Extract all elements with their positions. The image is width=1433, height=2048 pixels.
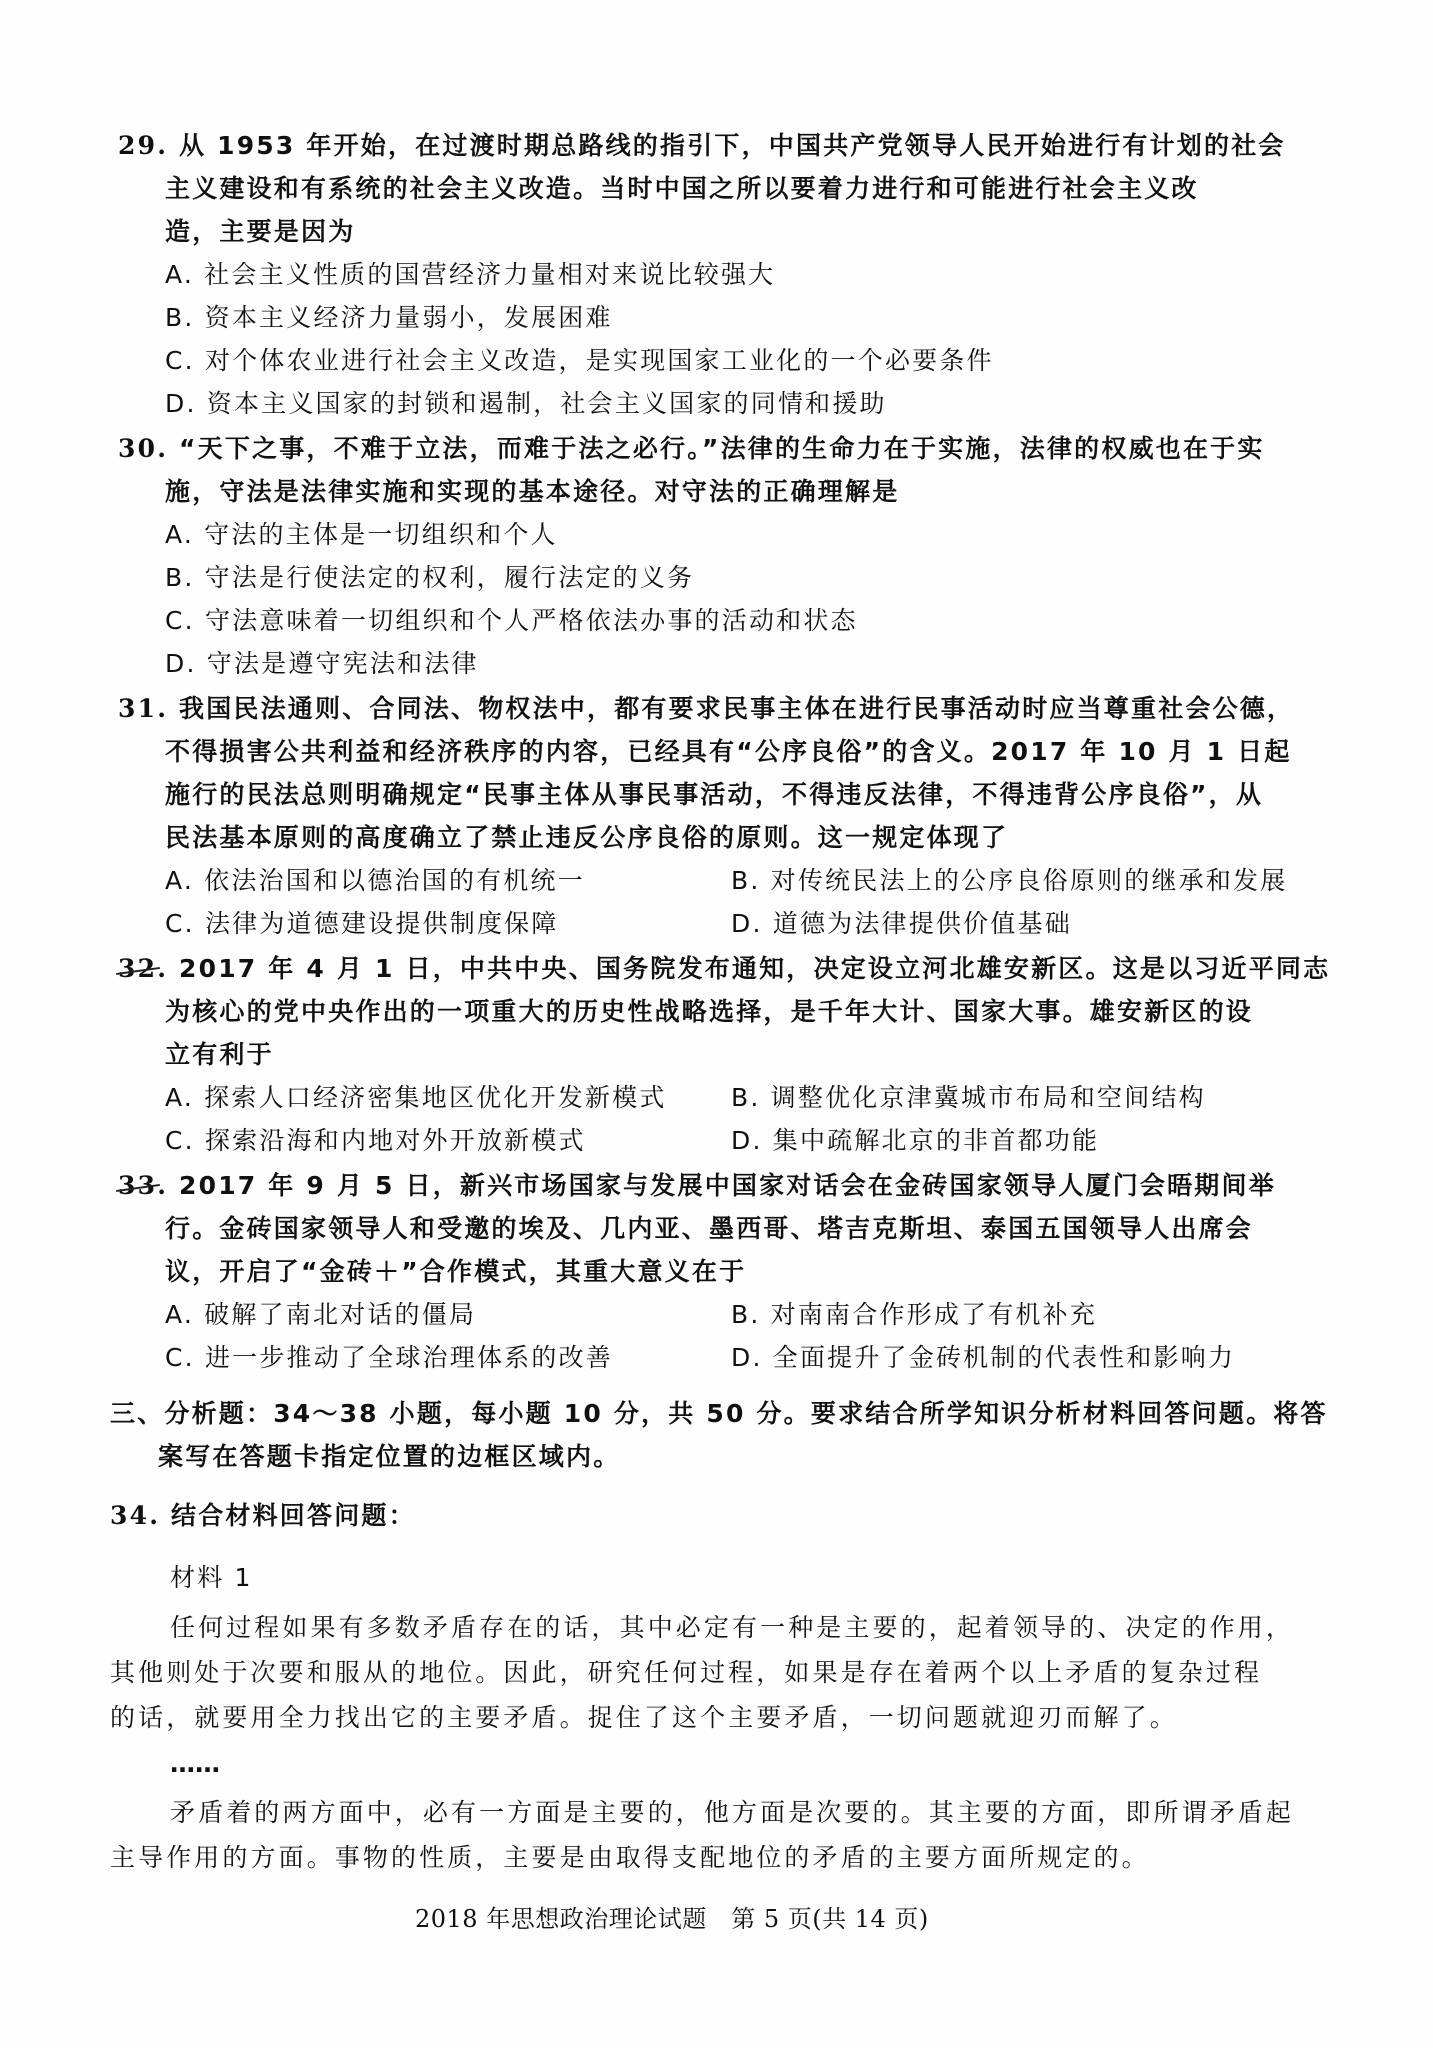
- question-number: 31.: [118, 694, 168, 723]
- question-32-line-3: 立有利于: [165, 1039, 274, 1071]
- question-33-line-3: 议，开启了“金砖＋”合作模式，其重大意义在于: [165, 1256, 746, 1288]
- question-29-line-1: 29. 从 1953 年开始，在过渡时期总路线的指引下，中国共产党领导人民开始进…: [118, 130, 1286, 162]
- question-32-option-a: A. 探索人口经济密集地区优化开发新模式: [165, 1082, 667, 1114]
- question-29-line-2: 主义建设和有系统的社会主义改造。当时中国之所以要着力进行和可能进行社会主义改: [165, 173, 1199, 205]
- question-29-line-3: 造，主要是因为: [165, 216, 355, 248]
- question-number: 34.: [110, 1501, 160, 1530]
- question-33-option-d: D. 全面提升了金砖机制的代表性和影响力: [731, 1342, 1235, 1374]
- question-30-option-d: D. 守法是遵守宪法和法律: [165, 648, 479, 680]
- question-number: 29.: [118, 131, 168, 160]
- question-31-line-2: 不得损害公共利益和经济秩序的内容，已经具有“公序良俗”的含义。2017 年 10…: [165, 736, 1292, 768]
- question-34-prompt: 34. 结合材料回答问题：: [110, 1500, 416, 1532]
- material-1-para-1-line-2: 其他则处于次要和服从的地位。因此，研究任何过程，如果是存在着两个以上矛盾的复杂过…: [110, 1657, 1262, 1689]
- page-footer: 2018 年思想政治理论试题 第 5 页(共 14 页): [415, 1903, 929, 1935]
- material-1-para-1-line-3: 的话，就要用全力找出它的主要矛盾。捉住了这个主要矛盾，一切问题就迎刃而解了。: [110, 1702, 1178, 1734]
- question-29-option-d: D. 资本主义国家的封锁和遏制，社会主义国家的同情和援助: [165, 388, 887, 420]
- question-31-option-a: A. 依法治国和以德治国的有机统一: [165, 865, 585, 897]
- question-30-option-c: C. 守法意味着一切组织和个人严格依法办事的活动和状态: [165, 605, 858, 637]
- question-32-option-c: C. 探索沿海和内地对外开放新模式: [165, 1125, 586, 1157]
- material-1-para-2-line-2: 主导作用的方面。事物的性质，主要是由取得支配地位的矛盾的主要方面所规定的。: [110, 1842, 1150, 1874]
- question-31-option-c: C. 法律为道德建设提供制度保障: [165, 908, 559, 940]
- question-31-line-4: 民法基本原则的高度确立了禁止违反公序良俗的原则。这一规定体现了: [165, 822, 1008, 854]
- exam-page: 29. 从 1953 年开始，在过渡时期总路线的指引下，中国共产党领导人民开始进…: [0, 0, 1433, 2048]
- question-30-option-a: A. 守法的主体是一切组织和个人: [165, 519, 558, 551]
- question-33-option-c: C. 进一步推动了全球治理体系的改善: [165, 1342, 613, 1374]
- question-33-line-1: 33. 2017 年 9 月 5 日，新兴市场国家与发展中国家对话会在金砖国家领…: [118, 1170, 1276, 1202]
- question-32-line-2: 为核心的党中央作出的一项重大的历史性战略选择，是千年大计、国家大事。雄安新区的设: [165, 996, 1253, 1028]
- material-1-title: 材料 1: [170, 1562, 253, 1594]
- question-32-option-b: B. 调整优化京津冀城市布局和空间结构: [731, 1082, 1206, 1114]
- ellipsis: ……: [170, 1748, 220, 1780]
- section-3-heading-line-2: 案写在答题卡指定位置的边框区域内。: [158, 1441, 620, 1473]
- question-32-option-d: D. 集中疏解北京的非首都功能: [731, 1125, 1099, 1157]
- question-31-line-3: 施行的民法总则明确规定“民事主体从事民事活动，不得违反法律，不得违背公序良俗”，…: [165, 779, 1263, 811]
- question-33-option-a: A. 破解了南北对话的僵局: [165, 1299, 476, 1331]
- question-number: 32.: [118, 954, 168, 983]
- question-33-line-2: 行。金砖国家领导人和受邀的埃及、几内亚、墨西哥、塔吉克斯坦、泰国五国领导人出席会: [165, 1213, 1253, 1245]
- question-30-line-1: 30. “天下之事，不难于立法，而难于法之必行。”法律的生命力在于实施，法律的权…: [118, 433, 1265, 465]
- material-1-para-1-line-1: 任何过程如果有多数矛盾存在的话，其中必定有一种是主要的，起着领导的、决定的作用，: [170, 1612, 1294, 1644]
- material-1-para-2-line-1: 矛盾着的两方面中，必有一方面是主要的，他方面是次要的。其主要的方面，即所谓矛盾起: [170, 1797, 1294, 1829]
- question-32-line-1: 32. 2017 年 4 月 1 日，中共中央、国务院发布通知，决定设立河北雄安…: [118, 953, 1330, 985]
- question-30-option-b: B. 守法是行使法定的权利，履行法定的义务: [165, 562, 694, 594]
- question-29-option-b: B. 资本主义经济力量弱小，发展困难: [165, 302, 613, 334]
- question-number: 30.: [118, 434, 168, 463]
- question-31-option-d: D. 道德为法律提供价值基础: [731, 908, 1072, 940]
- question-30-line-2: 施，守法是法律实施和实现的基本途径。对守法的正确理解是: [165, 476, 899, 508]
- question-29-option-c: C. 对个体农业进行社会主义改造，是实现国家工业化的一个必要条件: [165, 345, 994, 377]
- question-33-option-b: B. 对南南合作形成了有机补充: [731, 1299, 1097, 1331]
- question-29-option-a: A. 社会主义性质的国营经济力量相对来说比较强大: [165, 259, 775, 291]
- section-3-heading-line-1: 三、分析题：34～38 小题，每小题 10 分，共 50 分。要求结合所学知识分…: [110, 1398, 1328, 1430]
- question-31-line-1: 31. 我国民法通则、合同法、物权法中，都有要求民事主体在进行民事活动时应当尊重…: [118, 693, 1294, 725]
- question-number: 33.: [118, 1171, 168, 1200]
- question-31-option-b: B. 对传统民法上的公序良俗原则的继承和发展: [731, 865, 1287, 897]
